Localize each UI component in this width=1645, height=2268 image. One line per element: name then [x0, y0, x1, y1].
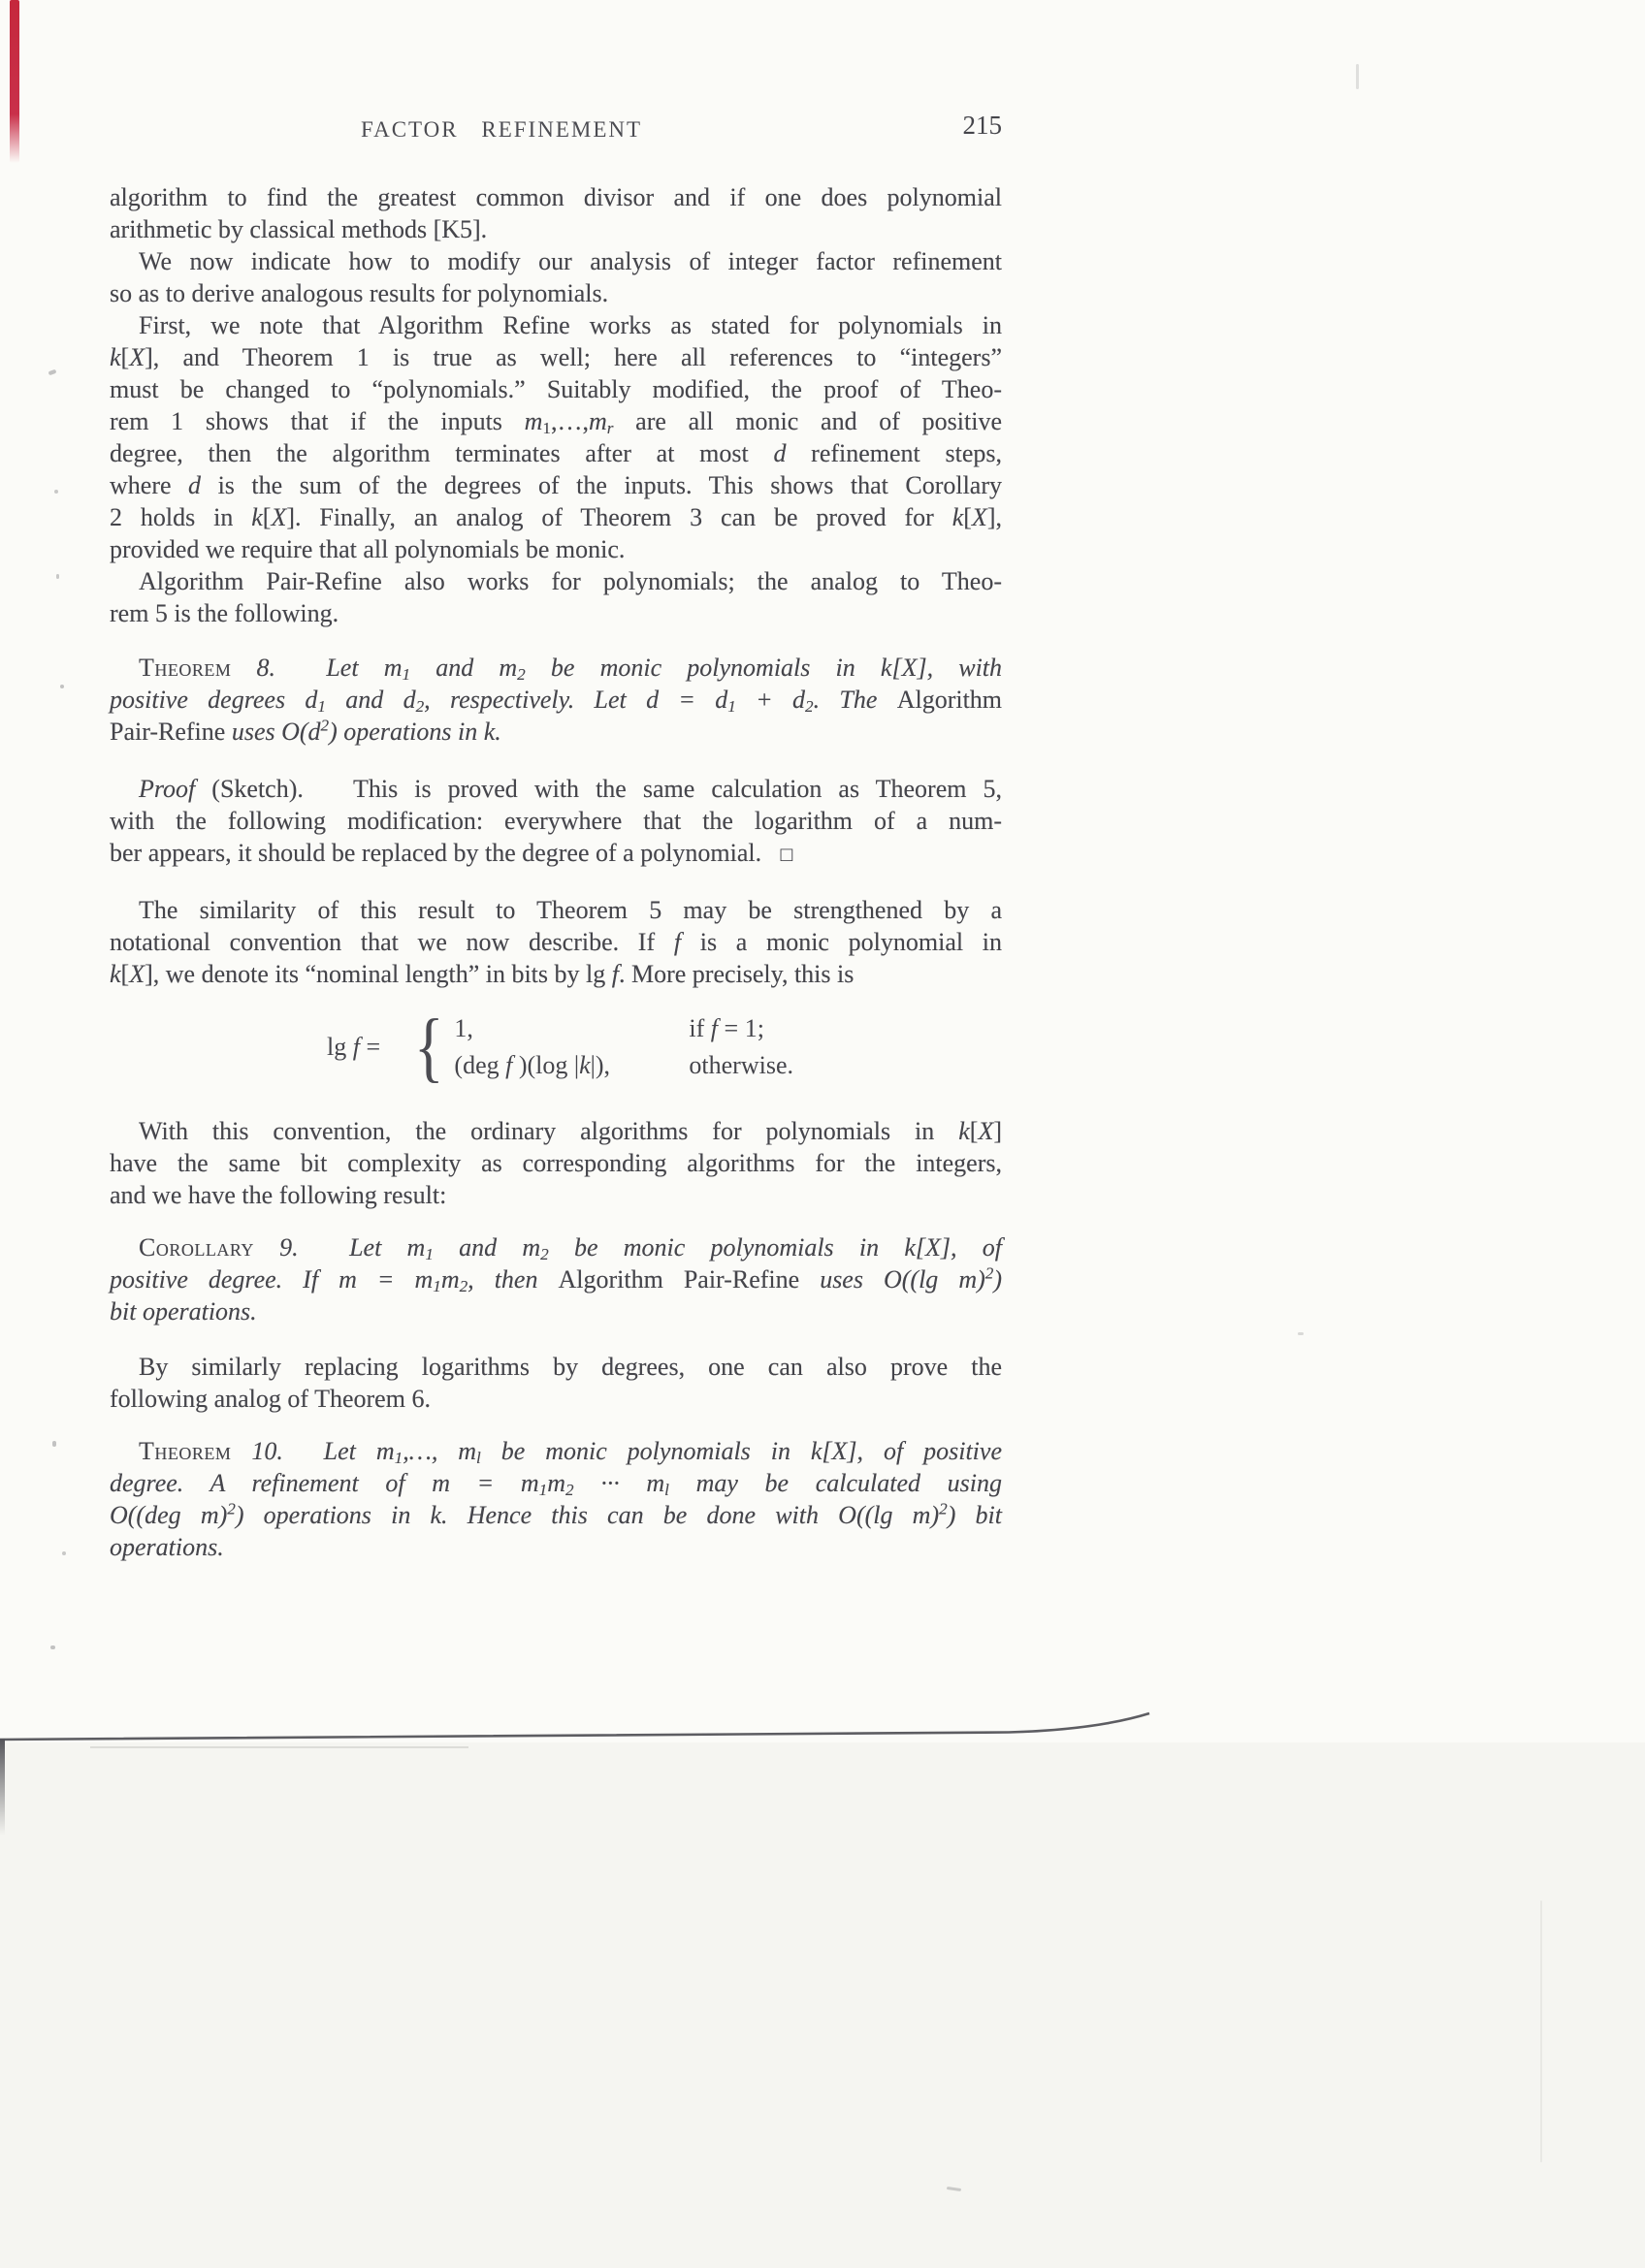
- equation-cases: 1,if f = 1;(deg f )(log |k|),otherwise.: [454, 1010, 793, 1084]
- scan-speck: [1356, 64, 1359, 89]
- text-line: provided we require that all polynomials…: [110, 533, 1002, 565]
- scan-streak: [1540, 1901, 1542, 2162]
- text-line: and we have the following result:: [110, 1179, 1002, 1211]
- theorem-10: Theorem 10. Let m1,…, ml be monic polyno…: [110, 1435, 1002, 1563]
- scan-speck: [62, 1551, 66, 1555]
- text-line: Theorem 8. Let m1 and m2 be monic polyno…: [110, 652, 1002, 684]
- theorem-8: Theorem 8. Let m1 and m2 be monic polyno…: [110, 652, 1002, 748]
- text-line: First, we note that Algorithm Refine wor…: [110, 309, 1002, 341]
- case-brace: {: [414, 1009, 444, 1085]
- text-line: Algorithm Pair-Refine also works for pol…: [110, 565, 1002, 597]
- scan-speck: [52, 1441, 56, 1447]
- scan-artifact-red-streak: [10, 0, 19, 163]
- text-line: Proof (Sketch). This is proved with the …: [110, 773, 1002, 805]
- paragraph-similarity: The similarity of this result to Theorem…: [110, 894, 1002, 990]
- text-line: By similarly replacing logarithms by deg…: [110, 1351, 1002, 1383]
- corollary-9: Corollary 9. Let m1 and m2 be monic poly…: [110, 1231, 1002, 1327]
- page-number: 215: [905, 111, 1002, 141]
- text-line: positive degree. If m = m1m2, then Algor…: [110, 1263, 1002, 1295]
- case-value: 1,: [454, 1010, 689, 1047]
- text-line: degree. A refinement of m = m1m2 ··· ml …: [110, 1467, 1002, 1499]
- paragraph-by-similarly: By similarly replacing logarithms by deg…: [110, 1351, 1002, 1415]
- scanned-page: FACTOR REFINEMENT 215 algorithm to find …: [0, 0, 1645, 2268]
- page-edge-shadow: [0, 1739, 5, 1836]
- text-line: Pair-Refine uses O(d2) operations in k.: [110, 716, 1002, 748]
- case-value: (deg f )(log |k|),: [454, 1047, 689, 1084]
- text-line: O((deg m)2) operations in k. Hence this …: [110, 1499, 1002, 1531]
- scan-speck: [56, 574, 59, 579]
- paragraph-pair-refine-works: Algorithm Pair-Refine also works for pol…: [110, 565, 1002, 629]
- case-condition: otherwise.: [689, 1047, 793, 1084]
- case-condition: if f = 1;: [689, 1010, 793, 1047]
- equation-lg-f: lg f ={1,if f = 1;(deg f )(log |k|),othe…: [110, 1008, 1002, 1086]
- text-column: algorithm to find the greatest common di…: [110, 181, 1002, 1563]
- text-line: With this convention, the ordinary algor…: [110, 1115, 1002, 1147]
- text-line: have the same bit complexity as correspo…: [110, 1147, 1002, 1179]
- text-line: arithmetic by classical methods [K5].: [110, 213, 1002, 245]
- text-line: where d is the sum of the degrees of the…: [110, 469, 1002, 501]
- equation-lhs: lg f =: [327, 1033, 410, 1062]
- text-line: k[X], we denote its “nominal length” in …: [110, 958, 1002, 990]
- text-line: The similarity of this result to Theorem…: [110, 894, 1002, 926]
- text-line: k[X], and Theorem 1 is true as well; her…: [110, 341, 1002, 373]
- text-line: degree, then the algorithm terminates af…: [110, 437, 1002, 469]
- paragraph-first-note: First, we note that Algorithm Refine wor…: [110, 309, 1002, 565]
- equation-row: lg f ={1,if f = 1;(deg f )(log |k|),othe…: [327, 1008, 1002, 1086]
- text-line: following analog of Theorem 6.: [110, 1383, 1002, 1415]
- scan-speck: [60, 685, 64, 688]
- text-line: positive degrees d1 and d2, respectively…: [110, 684, 1002, 716]
- scan-smudge: [90, 1746, 468, 1748]
- text-line: rem 1 shows that if the inputs m1,…,mr a…: [110, 405, 1002, 437]
- running-head-title: FACTOR REFINEMENT: [361, 117, 642, 143]
- paragraph-convention: With this convention, the ordinary algor…: [110, 1115, 1002, 1211]
- text-line: with the following modification: everywh…: [110, 805, 1002, 837]
- text-line: rem 5 is the following.: [110, 597, 1002, 629]
- text-line: Corollary 9. Let m1 and m2 be monic poly…: [110, 1231, 1002, 1263]
- scan-speck: [50, 1645, 55, 1649]
- proof-sketch: Proof (Sketch). This is proved with the …: [110, 773, 1002, 871]
- text-line: notational convention that we now descri…: [110, 926, 1002, 958]
- text-line: Theorem 10. Let m1,…, ml be monic polyno…: [110, 1435, 1002, 1467]
- page-bottom-edge: [0, 1707, 1645, 1823]
- text-line: bit operations.: [110, 1295, 1002, 1327]
- scan-speck: [54, 490, 58, 494]
- text-line: algorithm to find the greatest common di…: [110, 181, 1002, 213]
- text-line: We now indicate how to modify our analys…: [110, 245, 1002, 277]
- scan-speck: [48, 369, 57, 375]
- text-line: operations.: [110, 1531, 1002, 1563]
- text-line: must be changed to “polynomials.” Suitab…: [110, 373, 1002, 405]
- scan-speck: [1298, 1332, 1304, 1335]
- text-line: 2 holds in k[X]. Finally, an analog of T…: [110, 501, 1002, 533]
- text-line: ber appears, it should be replaced by th…: [110, 837, 1002, 871]
- paragraph-modify-analysis: We now indicate how to modify our analys…: [110, 245, 1002, 309]
- paragraph-gcd: algorithm to find the greatest common di…: [110, 181, 1002, 245]
- text-line: so as to derive analogous results for po…: [110, 277, 1002, 309]
